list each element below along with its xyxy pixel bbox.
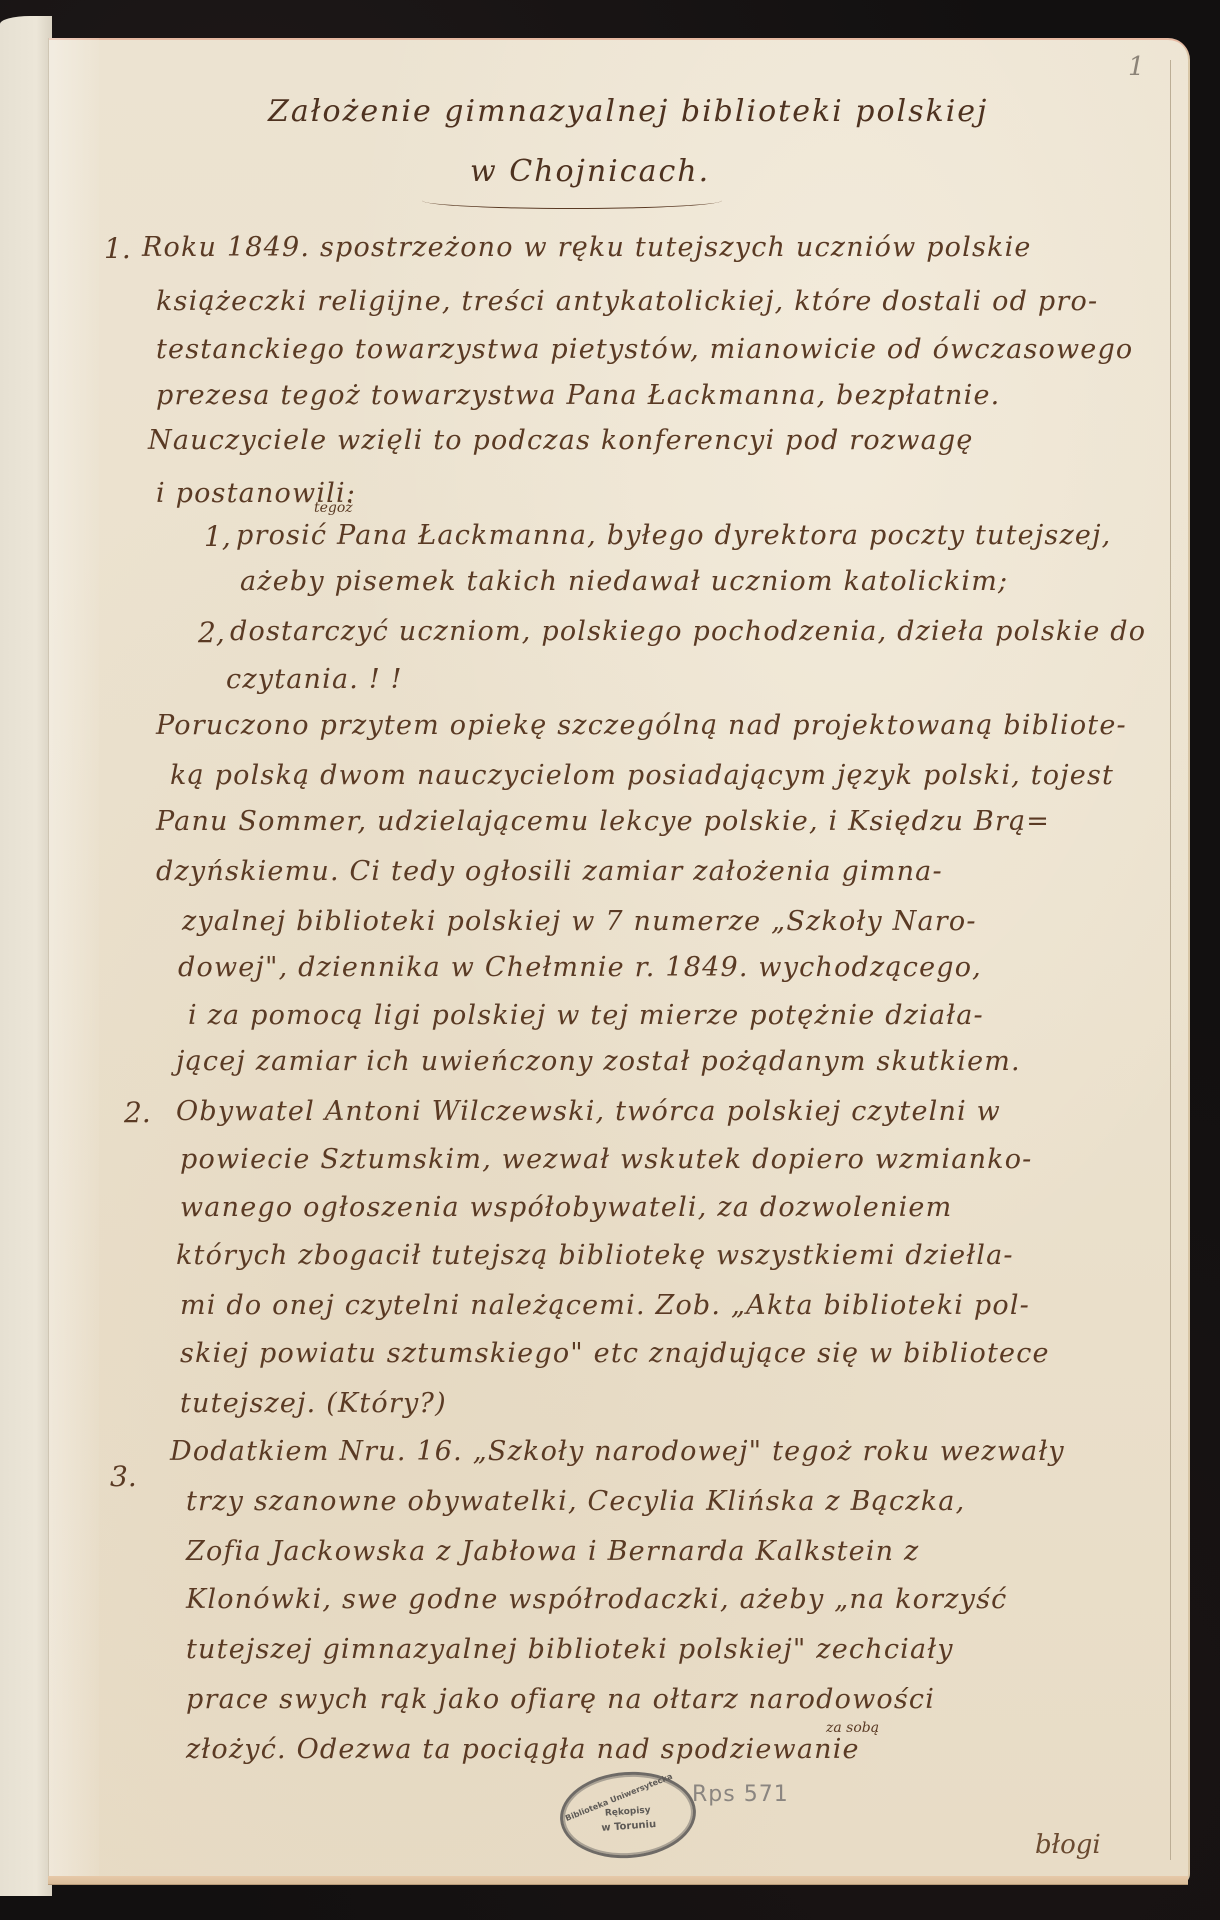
text-line: Poruczono przytem opiekę szczególną nad … bbox=[156, 710, 1127, 741]
text-line: jącej zamiar ich uwieńczony został pożąd… bbox=[176, 1046, 1021, 1077]
text-line: prace swych rąk jako ofiarę na ołtarz na… bbox=[186, 1684, 935, 1715]
stamp-line-3: w Toruniu bbox=[601, 1819, 656, 1834]
text-line: Roku 1849. spostrzeżono w ręku tutejszyc… bbox=[142, 232, 1032, 263]
paragraph-number-2: 2. bbox=[124, 1096, 151, 1129]
text-line: dowej", dziennika w Chełmnie r. 1849. wy… bbox=[178, 952, 982, 983]
sub-item-number-1: 1, bbox=[204, 520, 231, 553]
catchword: błogi bbox=[1035, 1830, 1101, 1860]
sub-item-number-2: 2, bbox=[198, 616, 225, 649]
text-line: ką polską dwom nauczycielom posiadającym… bbox=[170, 760, 1114, 791]
text-line: Zofia Jackowska z Jabłowa i Bernarda Kal… bbox=[186, 1536, 919, 1567]
paragraph-number-1: 1. bbox=[104, 232, 131, 265]
text-line: mi do onej czytelni należącemi. Zob. „Ak… bbox=[180, 1290, 1030, 1321]
text-line: książeczki religijne, treści antykatolic… bbox=[156, 286, 1098, 317]
previous-page-edge bbox=[0, 16, 52, 1896]
text-line: i za pomocą ligi polskiej w tej mierze p… bbox=[188, 1000, 984, 1031]
text-line: tutejszej gimnazyalnej biblioteki polski… bbox=[186, 1634, 954, 1665]
text-line: skiej powiatu sztumskiego" etc znajdując… bbox=[180, 1338, 1050, 1369]
text-line: Nauczyciele wzięli to podczas konferency… bbox=[148, 425, 974, 456]
text-line: Klonówki, swe godne współrodaczki, ażeby… bbox=[186, 1584, 1007, 1615]
title-line-1: Założenie gimnazyalnej biblioteki polski… bbox=[268, 94, 988, 129]
text-line: ażeby pisemek takich niedawał uczniom ka… bbox=[240, 566, 1008, 597]
text-line: dzyńskiemu. Ci tedy ogłosili zamiar zało… bbox=[156, 856, 943, 887]
title-underline-swash bbox=[422, 192, 722, 209]
text-line: złożyć. Odezwa ta pociągła nad spodziewa… bbox=[186, 1734, 860, 1765]
page-fore-edge bbox=[1170, 60, 1171, 1860]
text-line: czytania. ! ! bbox=[226, 664, 403, 695]
folio-number: 1 bbox=[1128, 52, 1145, 82]
text-line: Obywatel Antoni Wilczewski, twórca polsk… bbox=[176, 1096, 1001, 1127]
paragraph-number-3: 3. bbox=[110, 1460, 137, 1493]
text-line: trzy szanowne obywatelki, Cecylia Klińsk… bbox=[186, 1486, 965, 1517]
text-line: prosić Pana Łackmanna, byłego dyrektora … bbox=[236, 520, 1111, 551]
page-gutter bbox=[48, 38, 99, 1884]
text-line: Dodatkiem Nru. 16. „Szkoły narodowej" te… bbox=[170, 1436, 1065, 1467]
text-line: dostarczyć uczniom, polskiego pochodzeni… bbox=[230, 616, 1146, 647]
page-bottom-edge bbox=[48, 1876, 1188, 1885]
stamp-line-2: Rękopisy bbox=[605, 1805, 651, 1818]
text-line: których zbogacił tutejszą bibliotekę wsz… bbox=[176, 1240, 1014, 1271]
shelfmark: Rps 571 bbox=[692, 1782, 789, 1807]
text-line: tutejszej. (Który?) bbox=[180, 1388, 447, 1419]
text-line: Panu Sommer, udzielającemu lekcye polski… bbox=[156, 806, 1050, 837]
text-line: prezesa tegoż towarzystwa Pana Łackmanna… bbox=[156, 380, 1000, 411]
text-line: powiecie Sztumskim, wezwał wskutek dopie… bbox=[180, 1144, 1033, 1175]
title-line-2: w Chojnicach. bbox=[470, 154, 710, 189]
text-line: testanckiego towarzystwa pietystów, mian… bbox=[156, 334, 1133, 365]
text-line: wanego ogłoszenia współobywateli, za doz… bbox=[180, 1192, 952, 1223]
text-line: zyalnej biblioteki polskiej w 7 numerze … bbox=[182, 906, 977, 937]
interlinear-insertion: tegoż bbox=[314, 500, 353, 516]
